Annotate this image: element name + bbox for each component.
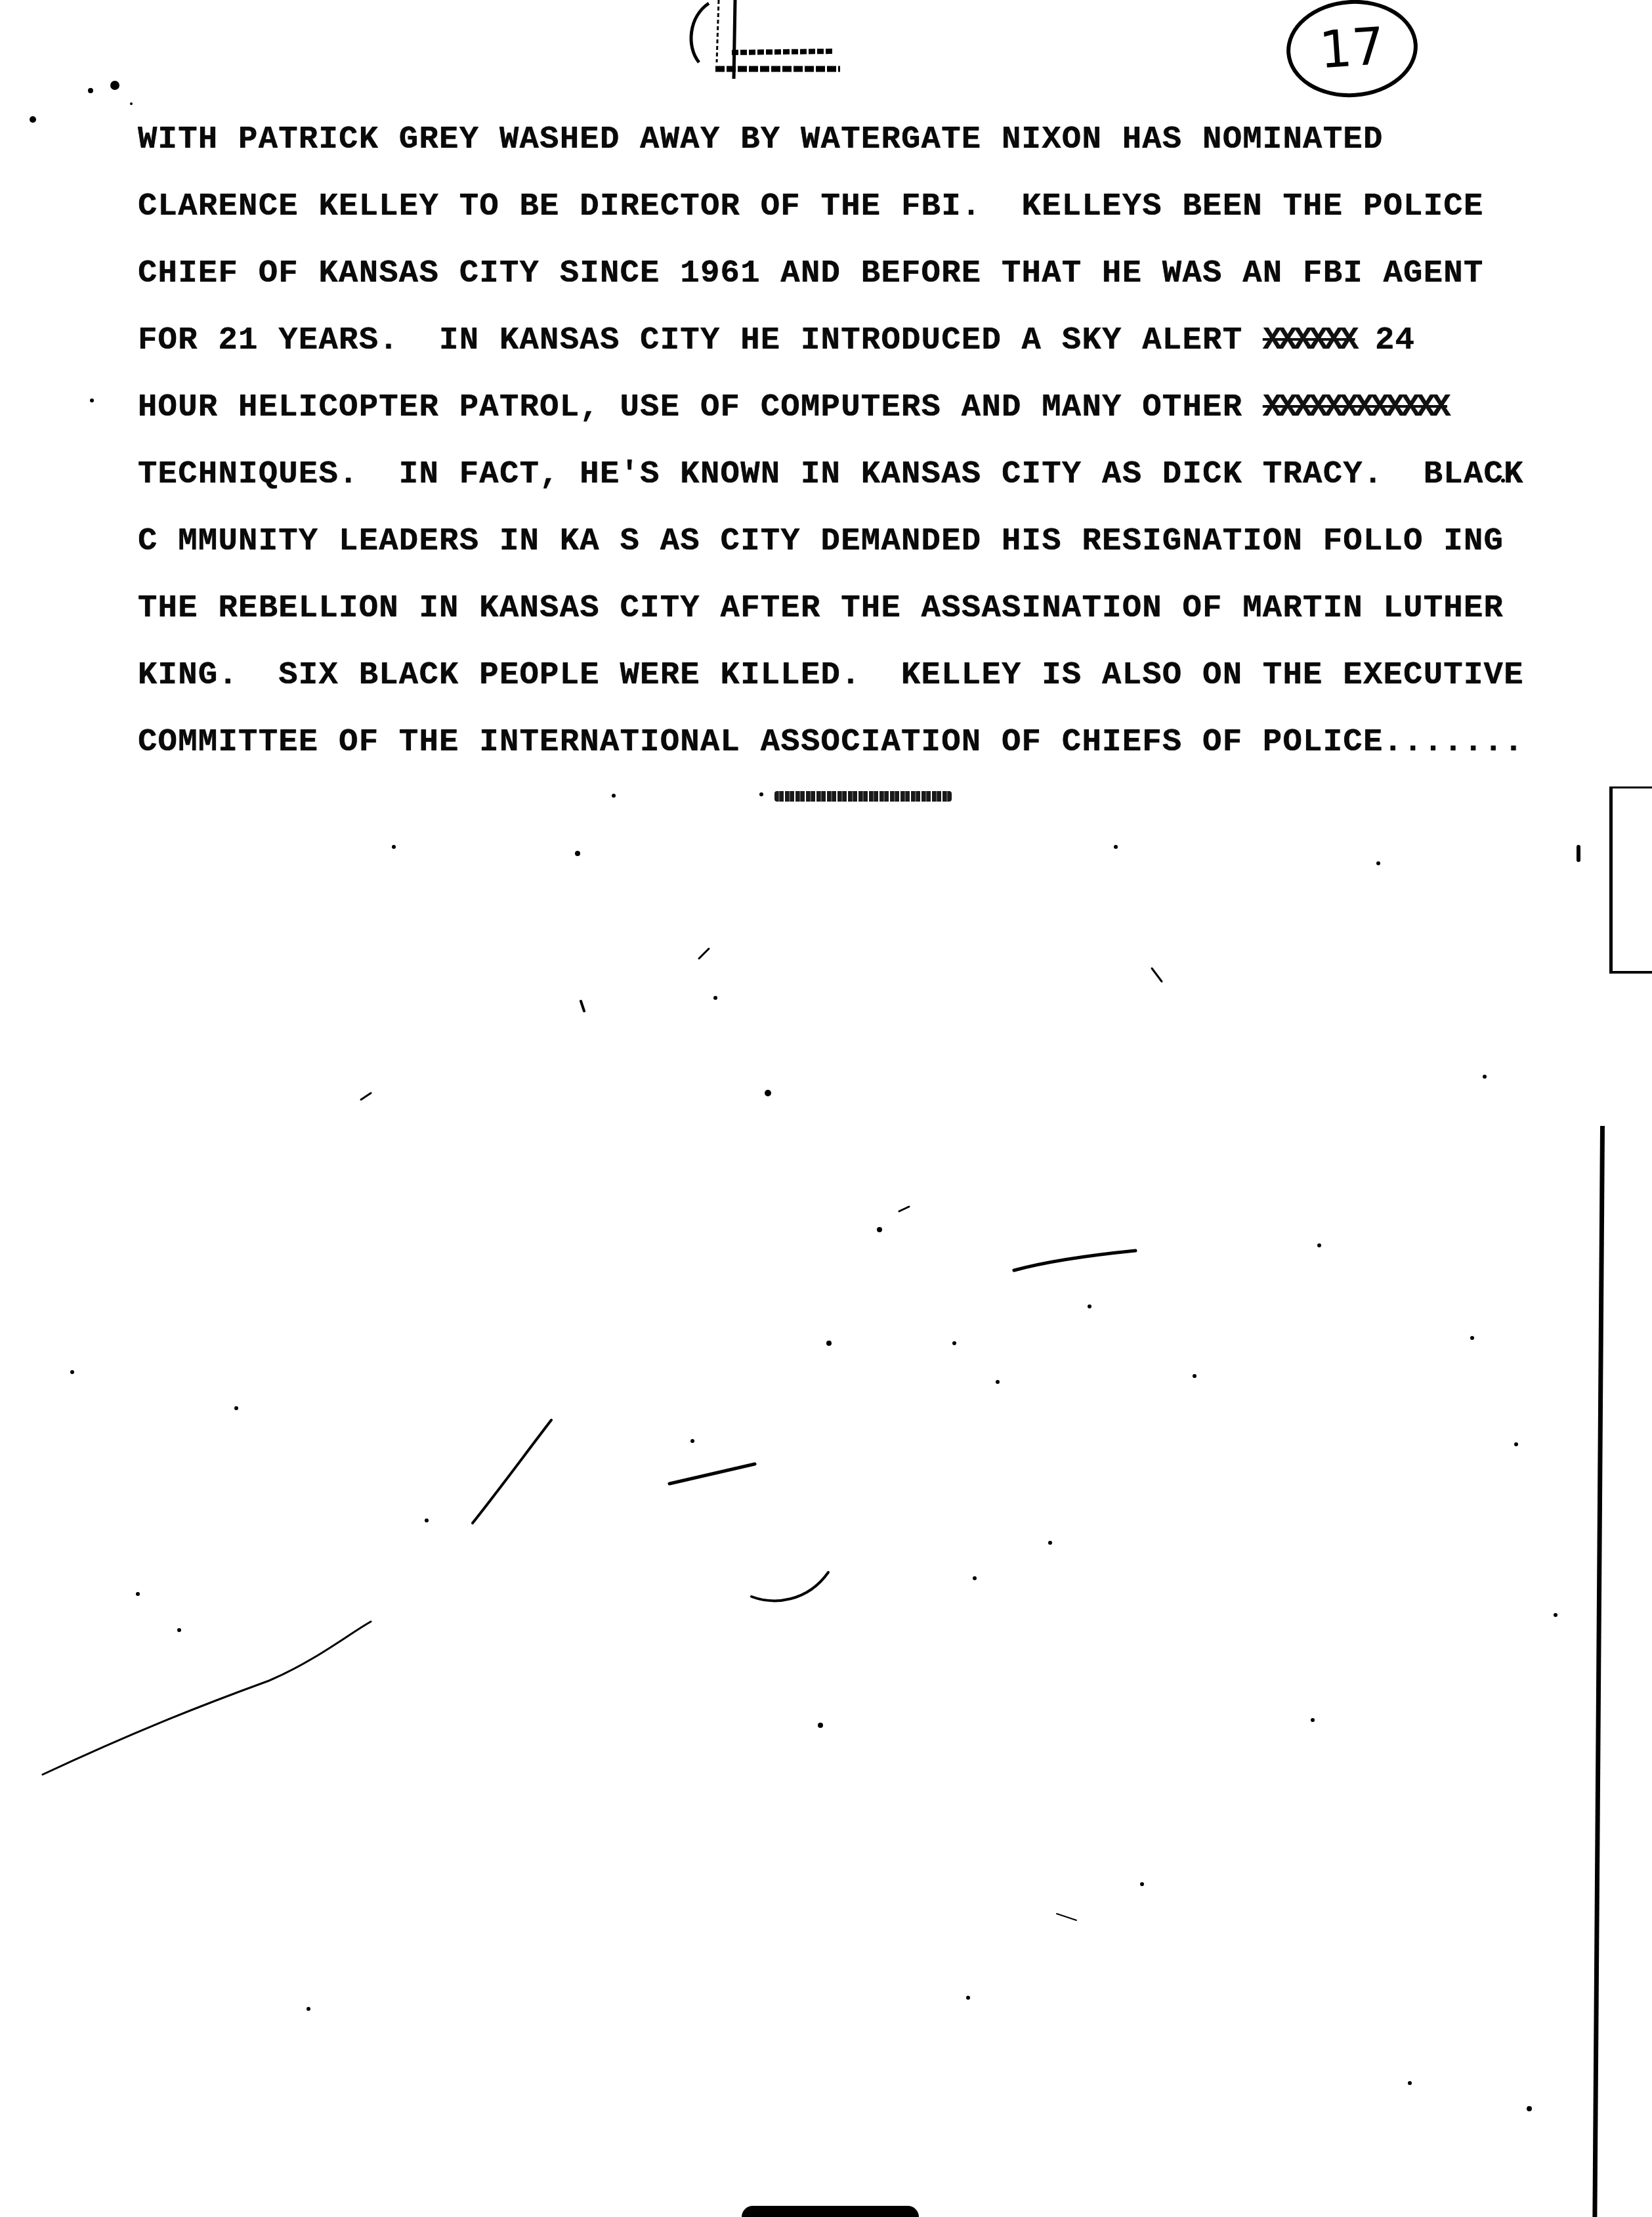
margin-bracket — [1609, 786, 1652, 974]
scanned-page: 17 WITH PATRICK GREY WASHED AWAY BY WATE… — [0, 0, 1652, 2217]
page-bottom-edge — [742, 2206, 919, 2217]
scan-artifacts — [0, 0, 1652, 2217]
